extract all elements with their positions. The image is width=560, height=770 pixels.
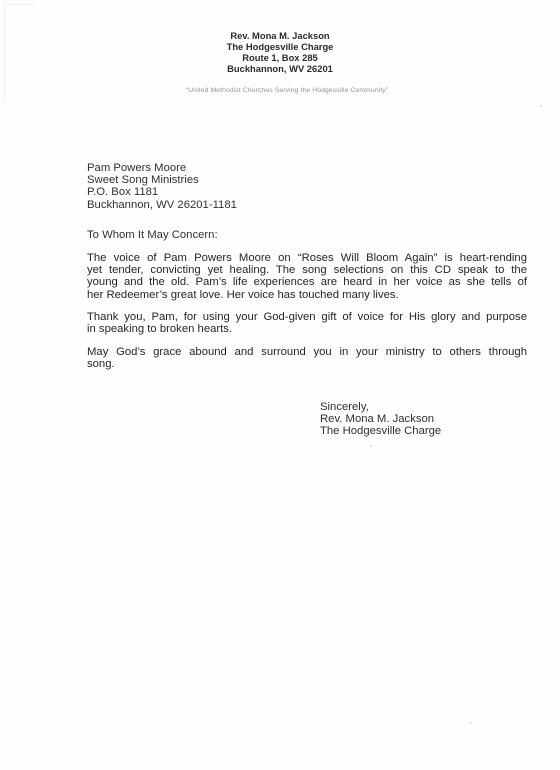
addressee-po-box: P.O. Box 1181 bbox=[87, 186, 237, 198]
addressee-city: Buckhannon, WV 26201-1181 bbox=[87, 199, 237, 211]
body-paragraph: Thank you, Pam, for using your God-given… bbox=[87, 311, 527, 335]
paragraph-line: Thank you, Pam, for using your God-given… bbox=[87, 311, 527, 323]
signer-charge: The Hodgesville Charge bbox=[320, 425, 441, 437]
letterhead: Rev. Mona M. Jackson The Hodgesville Cha… bbox=[0, 30, 560, 74]
scan-edge bbox=[4, 4, 34, 5]
letterhead-city: Buckhannon, WV 26201 bbox=[0, 63, 560, 74]
signer-name: Rev. Mona M. Jackson bbox=[320, 413, 441, 425]
body-paragraph: May God’s grace abound and surround you … bbox=[87, 346, 527, 370]
scan-speck bbox=[540, 105, 542, 107]
paragraph-line: The voice of Pam Powers Moore on “Roses … bbox=[87, 252, 527, 264]
body-paragraph: The voice of Pam Powers Moore on “Roses … bbox=[87, 252, 527, 301]
closing-valediction: Sincerely, bbox=[320, 401, 441, 413]
paragraph-line: her Redeemer’s great love. Her voice has… bbox=[87, 289, 527, 301]
paragraph-line: young and the old. Pam’s life experience… bbox=[87, 276, 527, 288]
paragraph-line: May God’s grace abound and surround you … bbox=[87, 346, 527, 358]
letterhead-charge: The Hodgesville Charge bbox=[0, 41, 560, 52]
scan-speck bbox=[470, 722, 472, 724]
addressee-name: Pam Powers Moore bbox=[87, 162, 237, 174]
addressee-organization: Sweet Song Ministries bbox=[87, 174, 237, 186]
paragraph-line: yet tender, convicting yet healing. The … bbox=[87, 264, 527, 276]
scan-speck bbox=[370, 445, 372, 447]
signature-block: Sincerely, Rev. Mona M. Jackson The Hodg… bbox=[320, 401, 441, 438]
letter-page: Rev. Mona M. Jackson The Hodgesville Cha… bbox=[0, 0, 560, 770]
paragraph-line: in speaking to broken hearts. bbox=[87, 323, 527, 335]
letterhead-name: Rev. Mona M. Jackson bbox=[0, 30, 560, 41]
letterhead-route: Route 1, Box 285 bbox=[0, 52, 560, 63]
paragraph-line: song. bbox=[87, 358, 527, 370]
salutation: To Whom It May Concern: bbox=[87, 229, 218, 241]
letterhead-motto: “United Methodist Churches Serving the H… bbox=[0, 86, 560, 95]
addressee-block: Pam Powers Moore Sweet Song Ministries P… bbox=[87, 162, 237, 211]
